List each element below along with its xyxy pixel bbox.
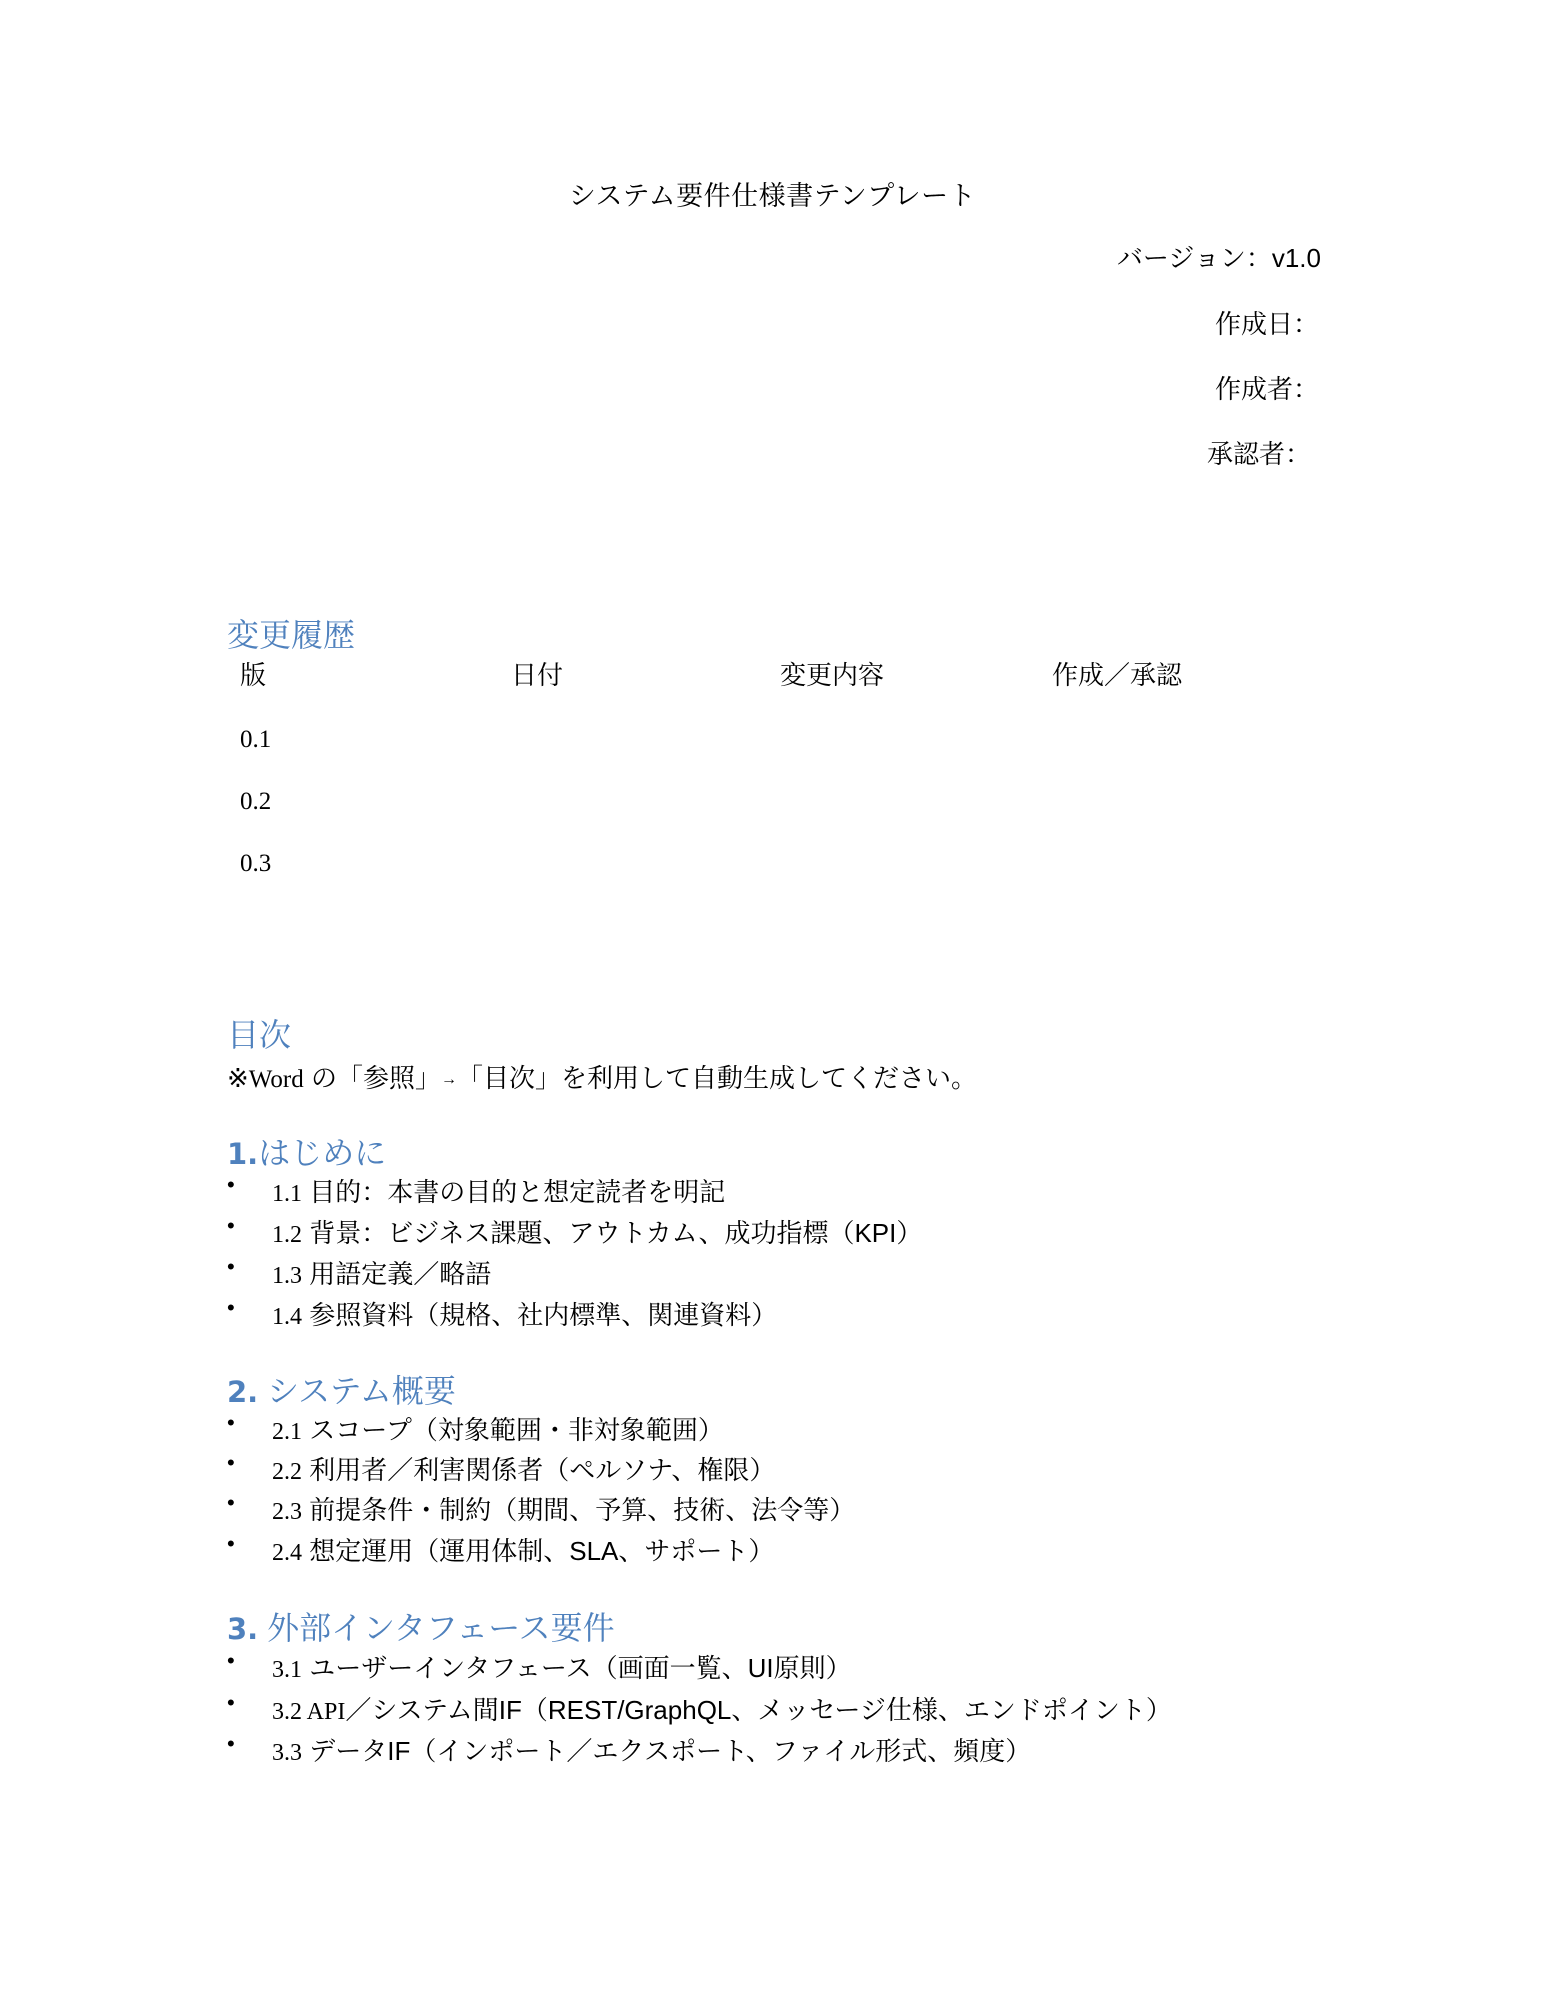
item-text: 参照資料（規格、社内標準、関連資料） [309, 1300, 777, 1330]
item-text: 目的：本書の目的と想定読者を明記 [309, 1177, 725, 1207]
item-text: データIF（インポート／エクスポート、ファイル形式、頻度） [309, 1736, 1031, 1766]
section-number: 3. [227, 1612, 258, 1646]
item-text: スコープ（対象範囲・非対象範囲） [309, 1415, 724, 1445]
toc-heading: 目次 [227, 1010, 291, 1056]
toc-note-suffix: 「目次」を利用して自動生成してください。 [457, 1063, 977, 1093]
item-number: 1.3 [272, 1263, 302, 1289]
version-field: バージョン：v1.0 [1117, 238, 1321, 275]
item-number: 1.4 [272, 1304, 302, 1330]
toc-note-word: Word [249, 1066, 304, 1093]
change-history-heading: 変更履歴 [227, 610, 355, 656]
item-number: 3.3 [272, 1740, 302, 1766]
document-page: システム要件仕様書テンプレート バージョン：v1.0 作成日： 作成者： 承認者… [0, 0, 1545, 2000]
item-number: 3.1 [272, 1657, 302, 1683]
section-title: 外部インタフェース要件 [258, 1610, 614, 1646]
item-number: 2.4 [272, 1540, 302, 1566]
bullet-icon: • [227, 1172, 235, 1198]
toc-note: ※Word の「参照」→「目次」を利用して自動生成してください。 [227, 1058, 977, 1095]
item-number: 2.3 [272, 1499, 302, 1525]
item-text: ユーザーインタフェース（画面一覧、UI原則） [309, 1653, 851, 1683]
table-row-version: 0.1 [240, 726, 271, 754]
section-title: はじめに [258, 1135, 386, 1171]
created-date-field: 作成日： [1215, 304, 1319, 341]
author-field: 作成者： [1215, 369, 1319, 406]
table-row-version: 0.2 [240, 788, 271, 816]
approver-field: 承認者： [1207, 434, 1311, 471]
arrow-right-icon: → [441, 1071, 457, 1088]
bullet-icon: • [227, 1690, 235, 1716]
bullet-icon: • [227, 1213, 235, 1239]
section-heading-2: 2. システム概要 [227, 1366, 456, 1412]
section-heading-1: 1.はじめに [227, 1128, 386, 1174]
column-header-author-approver: 作成／承認 [1052, 655, 1182, 692]
item-text: 前提条件・制約（期間、予算、技術、法令等） [309, 1495, 855, 1525]
column-header-date: 日付 [511, 655, 563, 692]
toc-note-prefix: ※ [227, 1063, 249, 1093]
item-number: 1.1 [272, 1181, 302, 1207]
item-text: ／システム間IF（REST/GraphQL、メッセージ仕様、エンドポイント） [345, 1695, 1171, 1725]
section-number: 1. [227, 1137, 258, 1171]
table-row-version: 0.3 [240, 850, 271, 878]
item-text: 背景：ビジネス課題、アウトカム、成功指標（KPI） [309, 1218, 922, 1248]
item-text: 想定運用（運用体制、SLA、サポート） [309, 1536, 774, 1566]
section-title: システム概要 [258, 1373, 456, 1409]
bullet-icon: • [227, 1490, 235, 1516]
bullet-icon: • [227, 1648, 235, 1674]
bullet-icon: • [227, 1731, 235, 1757]
column-header-version: 版 [240, 655, 266, 692]
item-number: 1.2 [272, 1222, 302, 1248]
bullet-icon: • [227, 1531, 235, 1557]
bullet-icon: • [227, 1450, 235, 1476]
bullet-icon: • [227, 1410, 235, 1436]
toc-note-mid: の「参照」 [304, 1063, 441, 1093]
section-number: 2. [227, 1375, 258, 1409]
item-number: 3.2 API [272, 1699, 345, 1725]
item-number: 2.2 [272, 1459, 302, 1485]
item-number: 2.1 [272, 1419, 302, 1445]
column-header-change: 変更内容 [780, 655, 884, 692]
item-text: 用語定義／略語 [309, 1259, 491, 1289]
bullet-icon: • [227, 1254, 235, 1280]
section-heading-3: 3. 外部インタフェース要件 [227, 1603, 615, 1649]
document-title: システム要件仕様書テンプレート [0, 174, 1545, 213]
bullet-icon: • [227, 1295, 235, 1321]
item-text: 利用者／利害関係者（ペルソナ、権限） [309, 1455, 775, 1485]
